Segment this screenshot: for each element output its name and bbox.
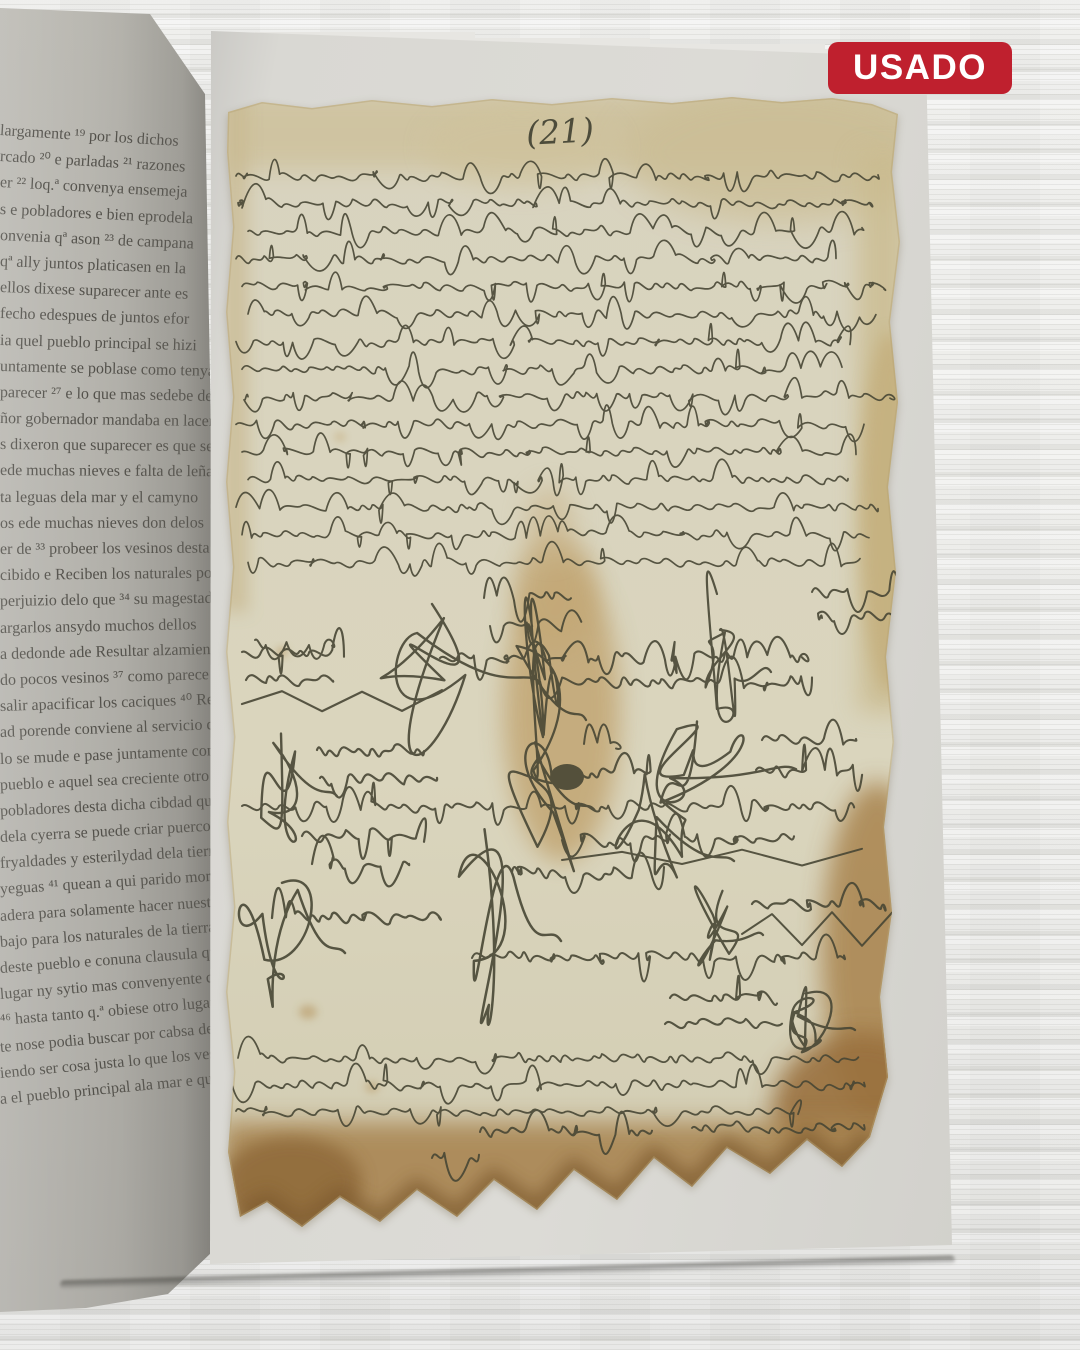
manuscript-facsimile bbox=[222, 92, 908, 1235]
left-page-text-line: ede muchas nieves e falta de leña bbox=[0, 458, 219, 485]
left-page-text: largamente ¹⁹ por los dichosrcado ²⁰ e p… bbox=[0, 118, 219, 1168]
usado-badge-label: USADO bbox=[853, 48, 987, 88]
left-page-text-line: s dixeron que suparecer es que se bbox=[0, 432, 219, 460]
usado-badge: USADO bbox=[828, 42, 1012, 94]
left-page-text-line: perjuizio delo que ³⁴ su magestad bbox=[0, 586, 219, 616]
left-page-text-line: os ede muchas nieves don delos bbox=[0, 510, 219, 537]
manuscript-artwork bbox=[222, 92, 908, 1235]
used-book-product-photo: largamente ¹⁹ por los dichosrcado ²⁰ e p… bbox=[0, 0, 1080, 1350]
book-left-page: largamente ¹⁹ por los dichosrcado ²⁰ e p… bbox=[0, 6, 222, 1318]
left-page-text-line: cibido e Reciben los naturales por bbox=[0, 561, 219, 590]
left-page-text-line: ñor gobernador mandaba en lacer bbox=[0, 406, 219, 435]
left-page-text-line: er de ³³ probeer los vesinos desta bbox=[0, 536, 219, 564]
ink-blot bbox=[550, 764, 584, 790]
left-page-text-line: ta leguas dela mar y el camyno bbox=[0, 485, 219, 512]
